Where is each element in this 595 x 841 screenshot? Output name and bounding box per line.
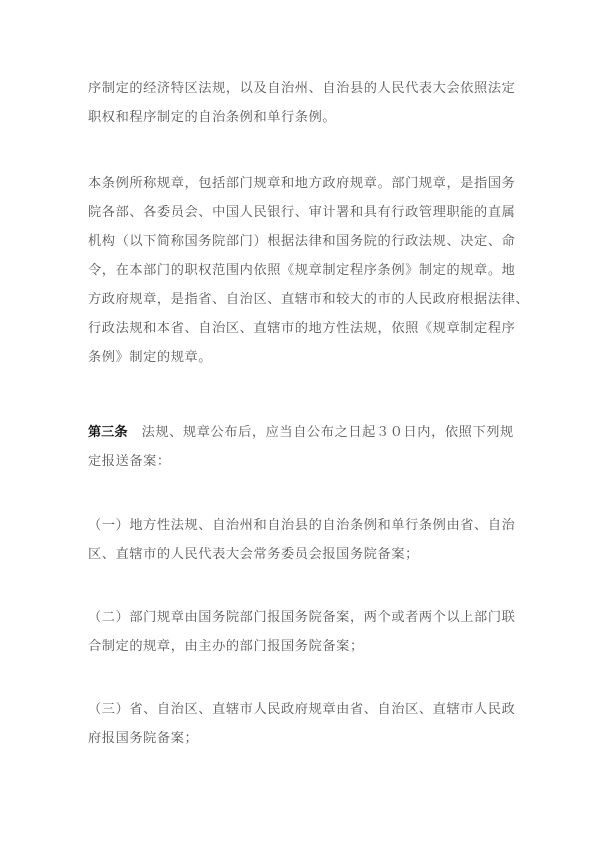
text-line: 条例》制定的规章。 [88,343,510,372]
paragraph-regulation-definition: 本条例所称规章，包括部门规章和地方政府规章。部门规章，是指国务 院各部、各委员会… [88,169,510,372]
clause-two: （二）部门规章由国务院部门报国务院备案，两个或者两个以上部门联 合制定的规章，由… [88,603,510,661]
text-line: 方政府规章，是指省、自治区、直辖市和较大的市的人民政府根据法律、 [88,285,510,314]
text-line: 第三条法规、规章公布后，应当自公布之日起３０日内，依照下列规 [88,418,510,447]
text-line: 令，在本部门的职权范围内依照《规章制定程序条例》制定的规章。地 [88,256,510,285]
article-text: 法规、规章公布后，应当自公布之日起３０日内，依照下列规 [142,425,514,440]
text-line: （三）省、自治区、直辖市人民政府规章由省、自治区、直辖市人民政 [88,695,510,724]
text-line: 院各部、各委员会、中国人民银行、审计署和具有行政管理职能的直属 [88,198,510,227]
article-three: 第三条法规、规章公布后，应当自公布之日起３０日内，依照下列规 定报送备案： [88,418,510,476]
text-line: 行政法规和本省、自治区、直辖市的地方性法规，依照《规章制定程序 [88,314,510,343]
text-line: 府报国务院备案； [88,724,510,753]
text-line: 定报送备案： [88,447,510,476]
text-line: （二）部门规章由国务院部门报国务院备案，两个或者两个以上部门联 [88,603,510,632]
text-line: 职权和程序制定的自治条例和单行条例。 [88,103,510,132]
clause-one: （一）地方性法规、自治州和自治县的自治条例和单行条例由省、自治 区、直辖市的人民… [88,511,510,569]
text-line: 合制定的规章，由主办的部门报国务院备案； [88,632,510,661]
text-line: 序制定的经济特区法规，以及自治州、自治县的人民代表大会依照法定 [88,74,510,103]
clause-three: （三）省、自治区、直辖市人民政府规章由省、自治区、直辖市人民政 府报国务院备案； [88,695,510,753]
article-heading: 第三条 [88,425,128,440]
text-line: 区、直辖市的人民代表大会常务委员会报国务院备案； [88,540,510,569]
text-line: 本条例所称规章，包括部门规章和地方政府规章。部门规章，是指国务 [88,169,510,198]
text-line: 机构（以下简称国务院部门）根据法律和国务院的行政法规、决定、命 [88,227,510,256]
text-line: （一）地方性法规、自治州和自治县的自治条例和单行条例由省、自治 [88,511,510,540]
paragraph-continuation: 序制定的经济特区法规，以及自治州、自治县的人民代表大会依照法定 职权和程序制定的… [88,74,510,132]
